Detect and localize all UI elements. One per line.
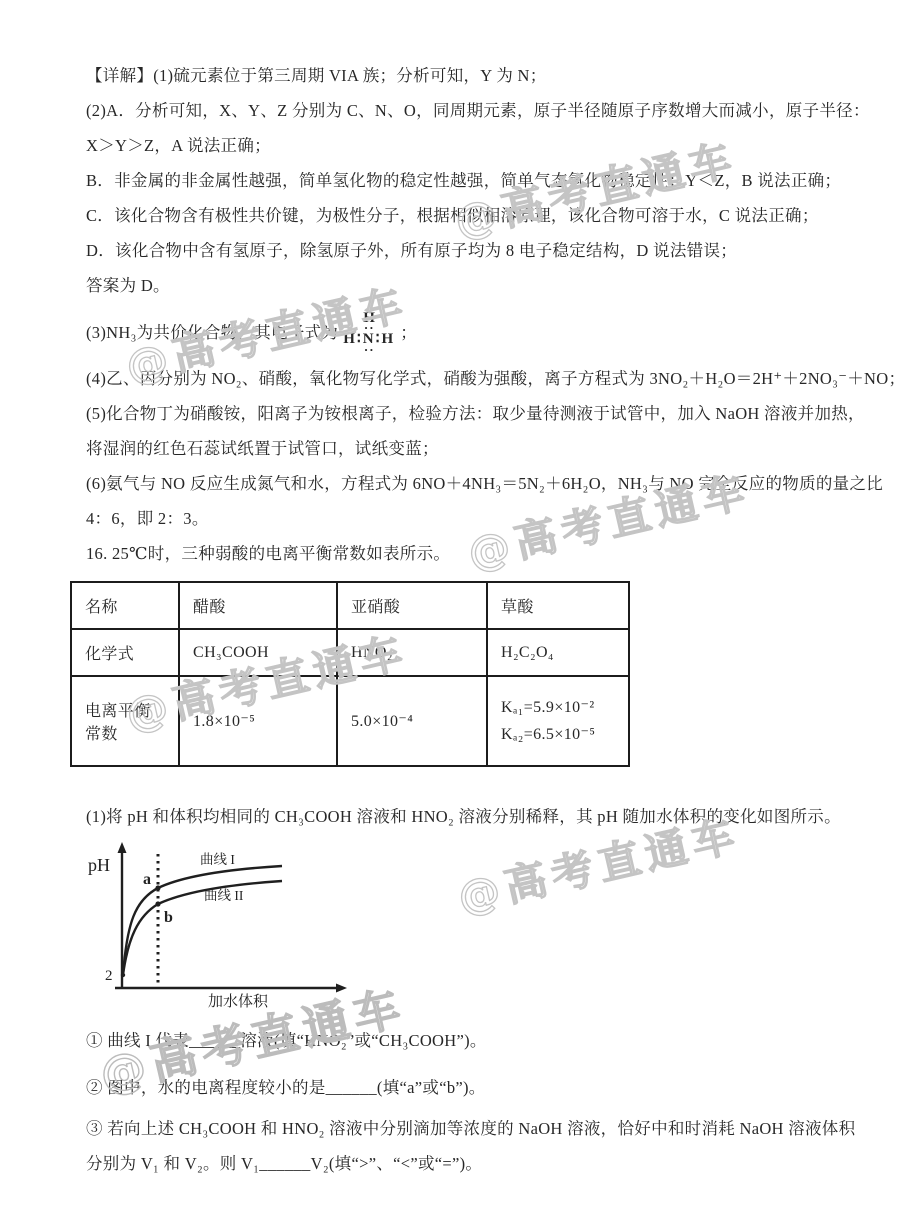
nh3-lone-pair-dots: ·· — [343, 347, 395, 353]
table-constants-row: 电离平衡常数 1.8×10⁻⁵ 5.0×10⁻⁴ Kₐ₁=5.9×10⁻² Kₐ… — [71, 676, 629, 766]
table-header-row: 名称 醋酸 亚硝酸 草酸 — [71, 582, 629, 629]
curve-2-label: 曲线 II — [204, 887, 244, 903]
nh3-line-prefix: (3)NH₃为共价化合物，其电子式为 — [86, 315, 338, 350]
question-16-stem: 16. 25℃时，三种弱酸的电离平衡常数如表所示。 — [86, 536, 850, 571]
point-a-dot — [155, 885, 160, 890]
y-axis-arrow — [118, 842, 127, 853]
solution-text-block: 【详解】(1)硫元素位于第三周期 VIA 族；分析可知，Y 为 N； (2)A．… — [86, 58, 850, 1181]
point-a-label: a — [143, 871, 151, 888]
sub-question-3: ③ 若向上述 CH₃COOH 和 HNO₂ 溶液中分别滴加等浓度的 NaOH 溶… — [86, 1111, 850, 1146]
solution-line-3-nh3: (3)NH₃为共价化合物，其电子式为 H ·· H∶N∶H ·· ； — [86, 303, 850, 361]
solution-line-2b: B．非金属的非金属性越强，简单氢化物的稳定性越强，简单气态氢化物稳定性：Y＜Z，… — [86, 163, 850, 198]
x-axis-arrow — [336, 984, 347, 993]
solution-line-6-cont: 4：6，即 2：3。 — [86, 501, 850, 536]
table-cell-acetic-ka: 1.8×10⁻⁵ — [179, 676, 337, 766]
oxalic-ka2-value: Kₐ₂=6.5×10⁻⁵ — [501, 721, 615, 748]
table-cell-name-header: 名称 — [71, 582, 179, 629]
solution-line-detail: 【详解】(1)硫元素位于第三周期 VIA 族；分析可知，Y 为 N； — [86, 58, 850, 93]
nh3-line-suffix: ； — [400, 315, 417, 350]
solution-line-5-cont: 将湿润的红色石蕊试纸置于试管口，试纸变蓝； — [86, 431, 850, 466]
table-cell-nitrous-formula: HNO₂ — [337, 629, 487, 676]
table-cell-oxalic-header: 草酸 — [487, 582, 629, 629]
solution-line-2a-cont: X＞Y＞Z，A 说法正确； — [86, 128, 850, 163]
graph-ylabel: pH — [88, 855, 110, 875]
solution-line-answer: 答案为 D。 — [86, 268, 850, 303]
solution-line-5: (5)化合物丁为硝酸铵，阳离子为铵根离子，检验方法：取少量待测液于试管中，加入 … — [86, 396, 850, 431]
point-b-label: b — [164, 909, 173, 926]
part1-dilution-intro: (1)将 pH 和体积均相同的 CH₃COOH 溶液和 HNO₂ 溶液分别稀释，… — [86, 799, 850, 834]
sub-question-3-cont: 分别为 V₁ 和 V₂。则 V₁______V₂(填“>”、“<”或“=”)。 — [86, 1146, 850, 1181]
curve-1-label: 曲线 I — [200, 851, 235, 867]
graph-xlabel: 加水体积 — [208, 993, 269, 1010]
table-cell-acetic-formula: CH₃COOH — [179, 629, 337, 676]
table-cell-constants-label: 电离平衡常数 — [71, 676, 179, 766]
ionization-constants-table: 名称 醋酸 亚硝酸 草酸 化学式 CH₃COOH HNO₂ H₂C₂O₄ 电离平… — [70, 581, 630, 767]
table-cell-oxalic-ka: Kₐ₁=5.9×10⁻² Kₐ₂=6.5×10⁻⁵ — [487, 676, 629, 766]
solution-line-4: (4)乙、丙分别为 NO₂、硝酸，氧化物写化学式，硝酸为强酸，离子方程式为 3N… — [86, 361, 850, 396]
ph-dilution-graph: pH 2 a b 曲线 I 曲线 II 加水体积 — [80, 838, 850, 1015]
solution-line-2a: (2)A．分析可知，X、Y、Z 分别为 C、N、O，同周期元素，原子半径随原子序… — [86, 93, 850, 128]
table-formula-row: 化学式 CH₃COOH HNO₂ H₂C₂O₄ — [71, 629, 629, 676]
curve-start-dot — [121, 973, 125, 977]
sub-question-2: ② 图中，水的电离程度较小的是______(填“a”或“b”)。 — [86, 1070, 850, 1105]
solution-line-6: (6)氨气与 NO 反应生成氮气和水，方程式为 6NO＋4NH₃＝5N₂＋6H₂… — [86, 466, 850, 501]
oxalic-ka1-value: Kₐ₁=5.9×10⁻² — [501, 694, 615, 721]
table-cell-oxalic-formula: H₂C₂O₄ — [487, 629, 629, 676]
table-cell-acetic-header: 醋酸 — [179, 582, 337, 629]
point-b-dot — [155, 901, 160, 906]
graph-initial-ph: 2 — [105, 968, 113, 984]
solution-line-2c: C．该化合物含有极性共价键，为极性分子，根据相似相溶原理，该化合物可溶于水，C … — [86, 198, 850, 233]
nh3-electron-dot-formula: H ·· H∶N∶H ·· — [343, 312, 395, 353]
table-cell-formula-label: 化学式 — [71, 629, 179, 676]
table-cell-nitrous-ka: 5.0×10⁻⁴ — [337, 676, 487, 766]
sub-question-1: ① 曲线 I 代表______溶液(填“HNO₂”或“CH₃COOH”)。 — [86, 1023, 850, 1058]
solution-line-2d: D．该化合物中含有氢原子，除氢原子外，所有原子均为 8 电子稳定结构，D 说法错… — [86, 233, 850, 268]
table-cell-nitrous-header: 亚硝酸 — [337, 582, 487, 629]
exam-answer-page: @高考直通车 @高考直通车 @高考直通车 @高考直通车 @高考直通车 @高考直通… — [0, 0, 900, 1229]
